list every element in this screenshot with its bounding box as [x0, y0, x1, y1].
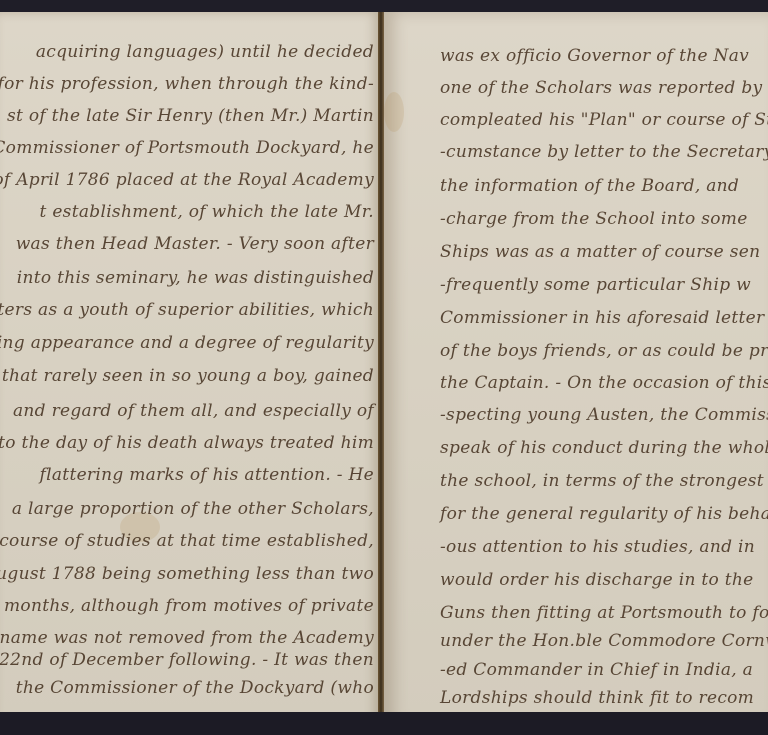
right-line: speak of his conduct during the whol — [440, 438, 768, 458]
manuscript-spread: acquiring languages) until he decided fo… — [0, 0, 768, 735]
right-line: one of the Scholars was reported by th — [440, 78, 768, 98]
left-line: Commissioner of Portsmouth Dockyard, he — [0, 138, 374, 158]
right-line: -charge from the School into some — [440, 209, 748, 229]
right-line: the school, in terms of the strongest — [440, 471, 764, 491]
left-line: the 22nd of December following. - It was… — [0, 650, 374, 670]
right-line: under the Hon.ble Commodore Cornwa — [440, 631, 768, 651]
left-line: was then Head Master. - Very soon after — [16, 234, 374, 254]
left-line: and regard of them all, and especially o… — [13, 401, 374, 421]
right-line: the Captain. - On the occasion of this — [440, 373, 768, 393]
right-line: -cumstance by letter to the Secretary — [440, 142, 768, 162]
left-line: acquiring languages) until he decided — [36, 42, 374, 62]
left-line: flattering marks of his attention. - He — [40, 465, 374, 485]
right-line: for the general regularity of his behav — [440, 504, 768, 524]
left-line: to the day of his death always treated h… — [0, 433, 374, 453]
left-page: acquiring languages) until he decided fo… — [0, 12, 380, 724]
paper-stain — [384, 92, 404, 132]
left-line: t establishment, of which the late Mr. — [39, 202, 374, 222]
right-line: the information of the Board, and — [440, 176, 739, 196]
left-line: st of the late Sir Henry (then Mr.) Mart… — [7, 106, 374, 126]
left-line: pleasing appearance and a degree of regu… — [0, 333, 374, 353]
scan-background-bottom — [0, 712, 768, 735]
left-line: August 1788 being something less than tw… — [0, 564, 374, 584]
right-line: of the boys friends, or as could be proc — [440, 341, 768, 361]
left-line: months, although from motives of private — [4, 596, 374, 616]
left-line: a large proportion of the other Scholars… — [12, 499, 374, 519]
right-line: Guns then fitting at Portsmouth to form — [440, 603, 768, 623]
left-line: that rarely seen in so young a boy, gain… — [2, 366, 374, 386]
right-line: -specting young Austen, the Commiss — [440, 405, 768, 425]
right-page: was ex officio Governor of the Nav one o… — [384, 12, 768, 724]
left-line: for his profession, when through the kin… — [0, 74, 374, 94]
right-line: compleated his "Plan" or course of St — [440, 110, 768, 130]
left-line: into this seminary, he was distinguished — [17, 268, 374, 288]
right-line: -ed Commander in Chief in India, a — [440, 660, 753, 680]
right-line: Lordships should think fit to recom — [440, 688, 754, 708]
left-line: name was not removed from the Academy — [0, 628, 374, 648]
right-line: would order his discharge in to the — [440, 570, 754, 590]
left-line: the Commissioner of the Dockyard (who — [16, 678, 374, 698]
right-line: -ous attention to his studies, and in — [440, 537, 755, 557]
left-line: of April 1786 placed at the Royal Academ… — [0, 170, 374, 190]
left-line: course of studies at that time establish… — [0, 531, 374, 551]
right-line: -frequently some particular Ship w — [440, 275, 751, 295]
right-line: was ex officio Governor of the Nav — [440, 46, 749, 66]
right-line: Commissioner in his aforesaid letter — [440, 308, 764, 328]
left-line: ters as a youth of superior abilities, w… — [0, 300, 374, 320]
right-line: Ships was as a matter of course sen — [440, 242, 760, 262]
